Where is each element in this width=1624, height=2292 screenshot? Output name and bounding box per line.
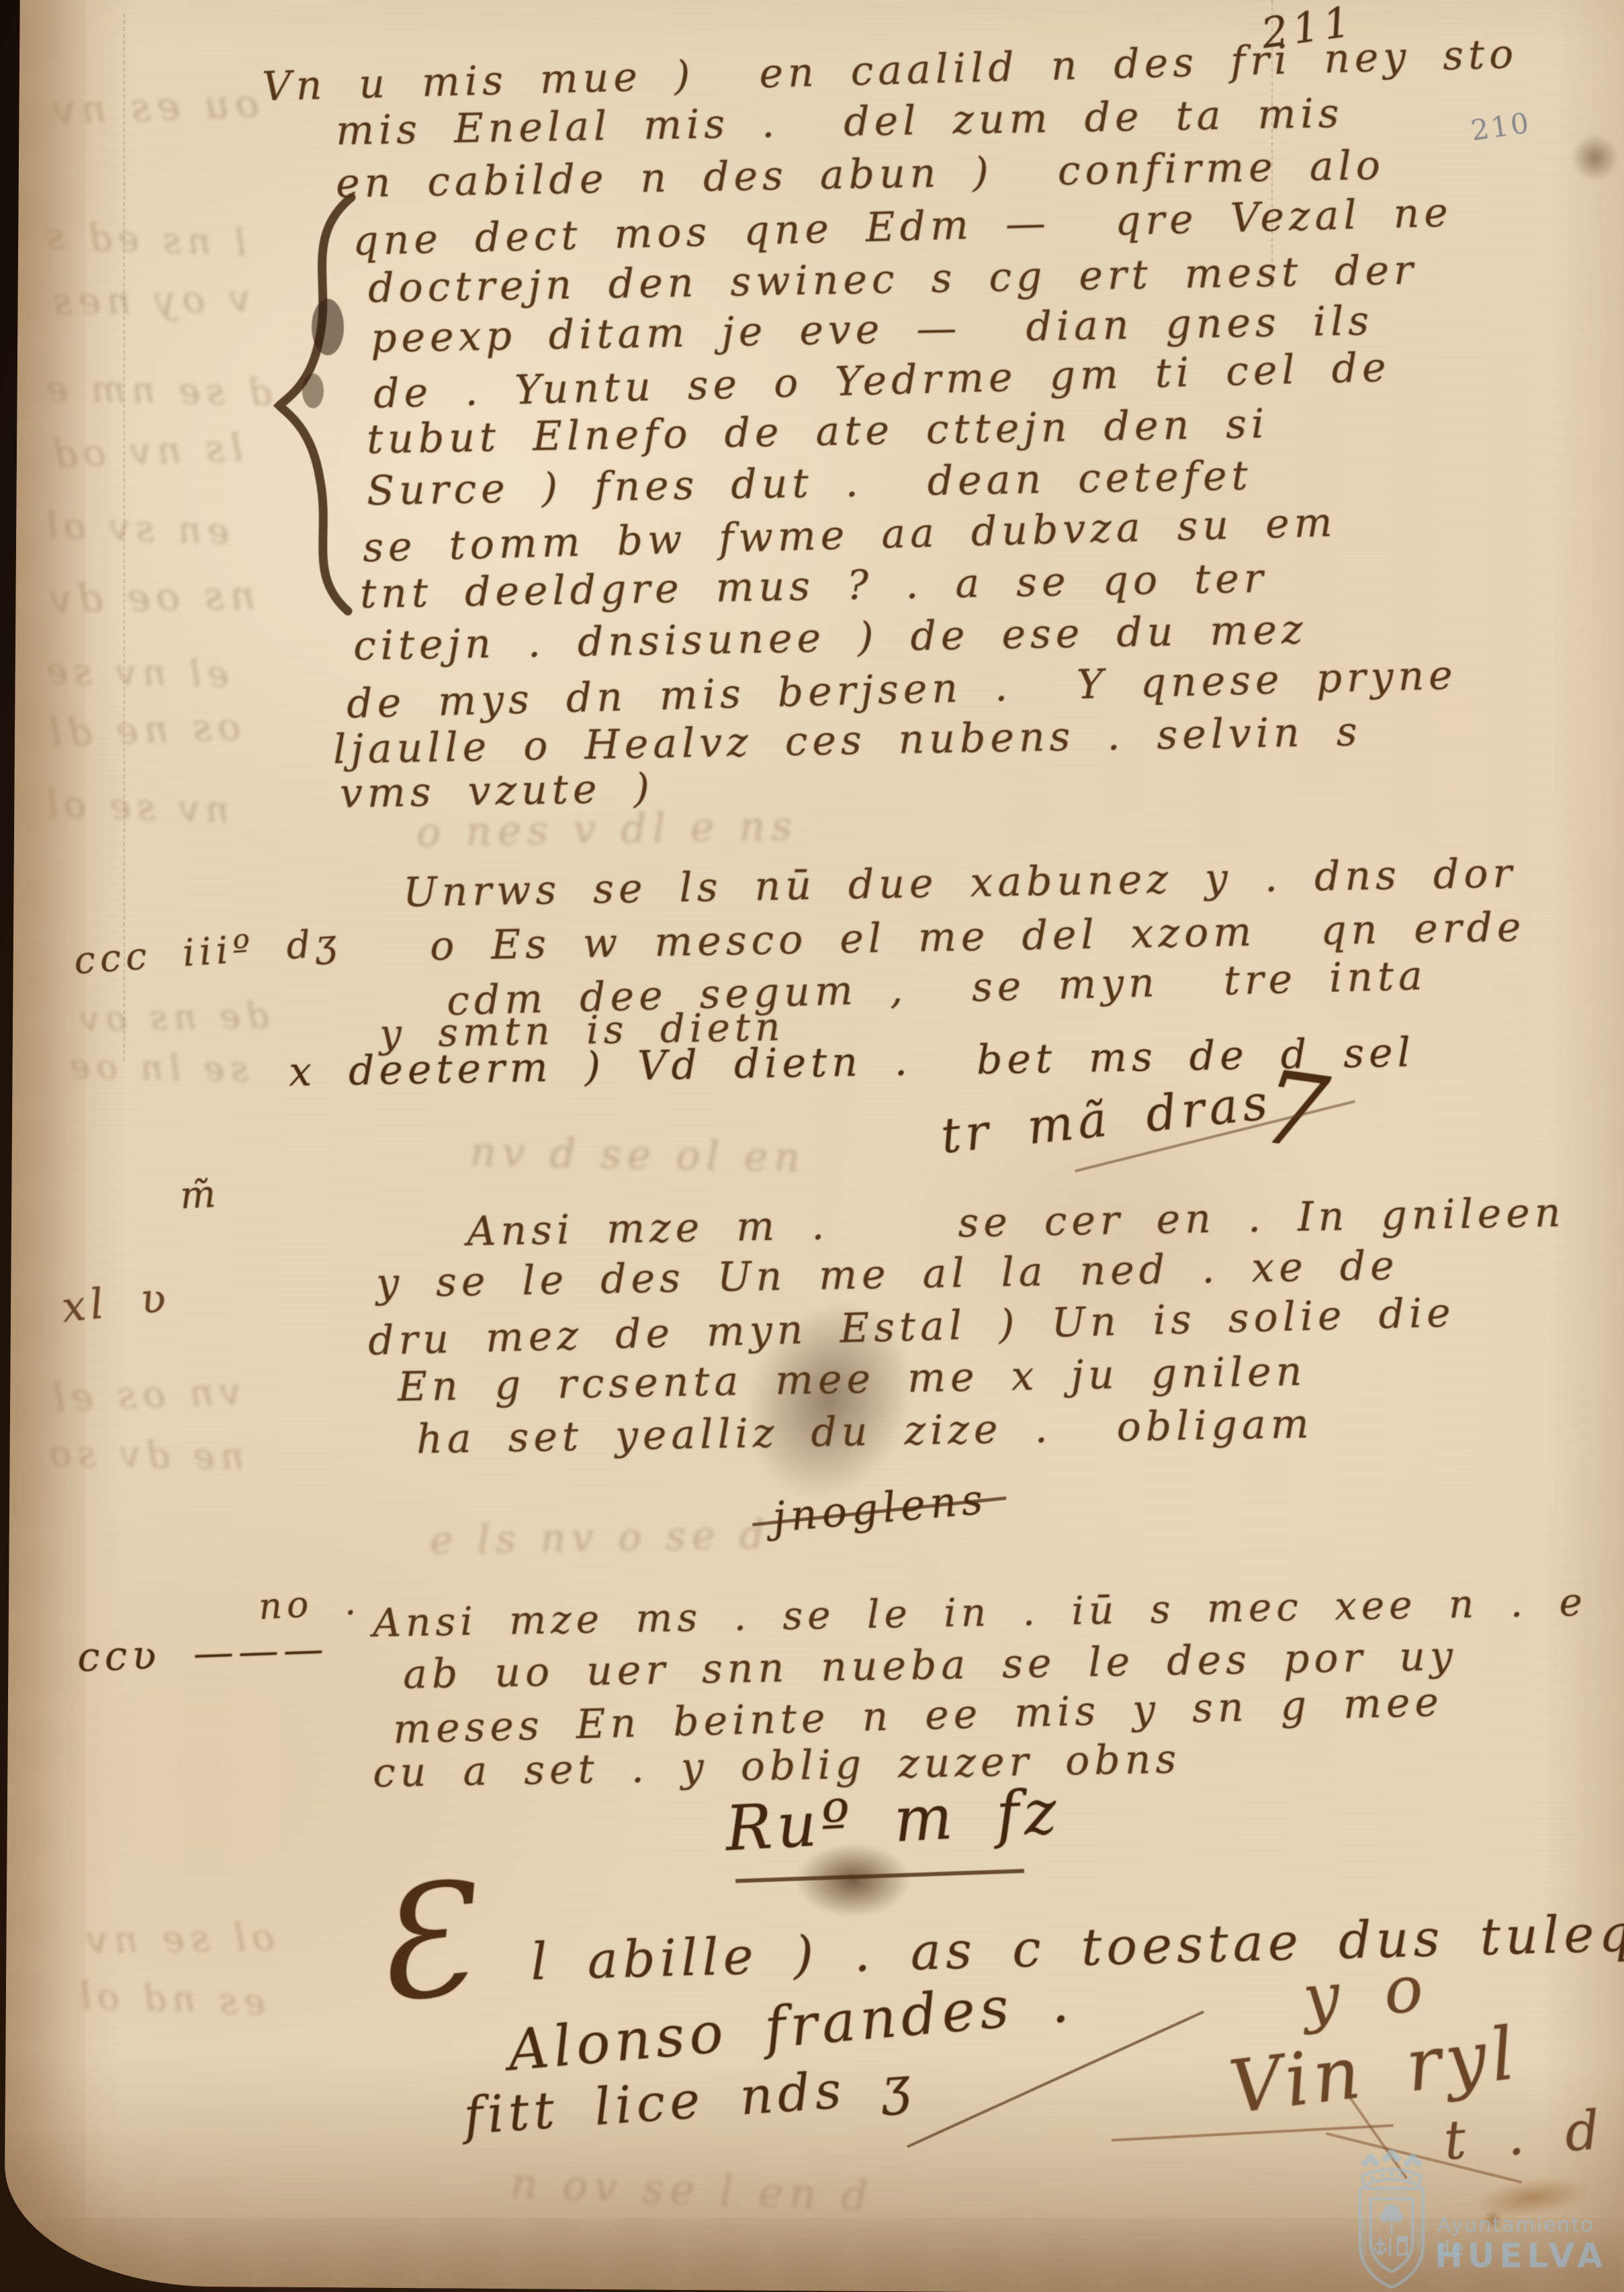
huelva-coat-of-arms-icon: ET TERRÆ PORTUS MARIS CUSTODIA	[1354, 2146, 1429, 2292]
text-line: citejn . dnsisunee ) de ese du mez	[353, 610, 1308, 667]
margin-note-tally: xl ʋ	[60, 1276, 173, 1329]
folio-number-pencil: 210	[1470, 109, 1533, 145]
centered-word-struck: jnoglens	[771, 1478, 989, 1539]
flourish-mark: 7	[1256, 1057, 1338, 1166]
watermark-city-name: HUELVA	[1435, 2236, 1608, 2275]
text-line: vms vzute )	[340, 768, 655, 814]
manuscript-scan: ou es nv l ns ed s v oy nes d se nm e ls…	[0, 0, 1624, 2292]
centered-word: tr mã dras	[939, 1077, 1275, 1160]
shield-motto-left: PORTUS MARIS	[1361, 2217, 1367, 2256]
ink-layer: 211 210 Vn u mis mue ) en caalild n des …	[0, 0, 1624, 2292]
archive-watermark: ET TERRÆ PORTUS MARIS CUSTODIA	[1354, 2146, 1429, 2292]
margin-note-tally: ccc iiiº dʒ	[73, 924, 343, 980]
text-line: Surce ) fnes dut . dean cetefet	[367, 455, 1253, 511]
text-line: Unrws se ls nū due xabunez y . dns dor	[403, 854, 1517, 913]
margin-note-tally: ccʋ ———	[77, 1629, 329, 1678]
underline-stroke	[735, 1869, 1024, 1883]
text-line: Ansi mze m . se cer en . In gnileen	[467, 1193, 1566, 1252]
page-content: ou es nv l ns ed s v oy nes d se nm e ls…	[0, 0, 1624, 2292]
margin-note-abbrev: m̃	[179, 1175, 222, 1215]
large-initial: Ɛ	[365, 1862, 482, 2026]
closing-line: l abille ) . as c toestae dus tuleq	[530, 1907, 1624, 1987]
signature-rubric: t . d	[1443, 2103, 1607, 2168]
margin-note-no: no .	[258, 1584, 361, 1625]
shield-motto-top: ET TERRÆ	[1376, 2191, 1407, 2198]
text-line: cu a set . y oblig zuzer obns	[373, 1739, 1181, 1794]
text-line: ha set yealliz du zize . obligam	[416, 1404, 1314, 1459]
approval-mark: Ruº m fz	[724, 1781, 1063, 1860]
shield-motto-right: CUSTODIA	[1416, 2223, 1422, 2250]
signature-rubric: y o	[1300, 1956, 1430, 2031]
